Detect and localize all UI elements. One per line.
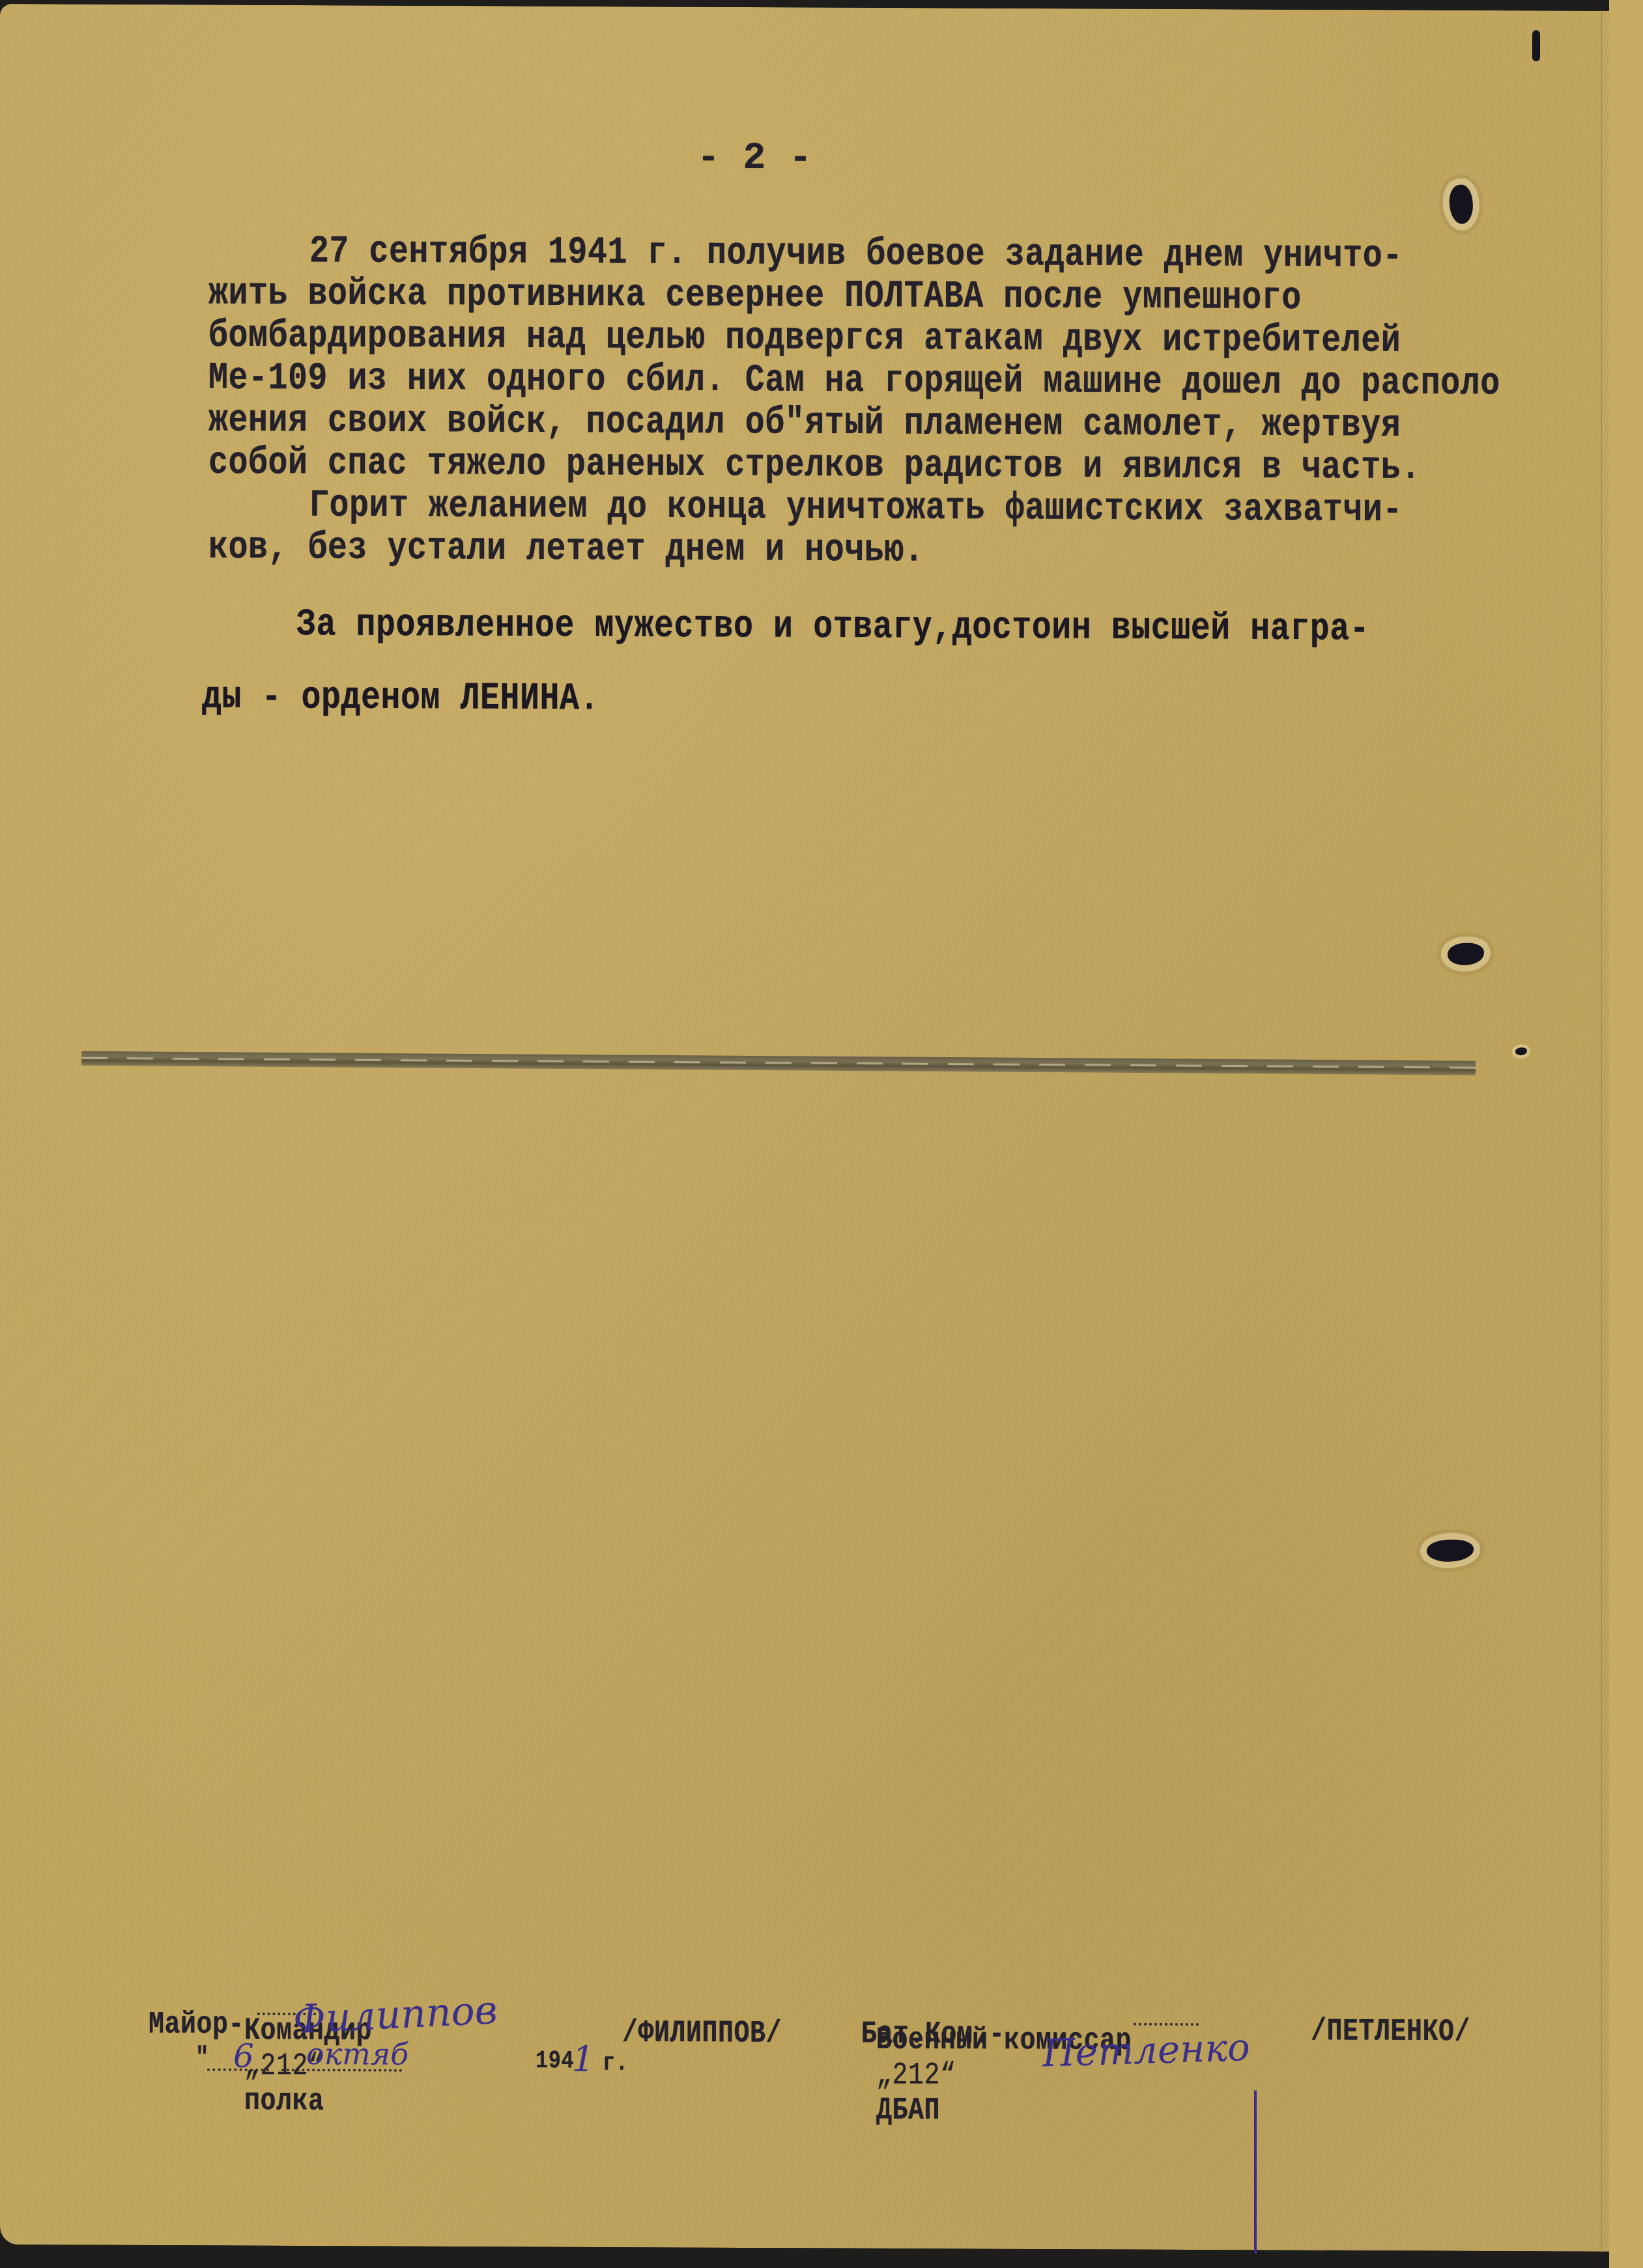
unit-number-underline <box>1134 2023 1199 2026</box>
punch-hole-top <box>1447 184 1476 225</box>
commissar-signature-block: Военный комиссар „212“ ДБАП Бат.Ком.- Пе… <box>0 4 1634 11</box>
commander-title-suffix: полка <box>244 2084 324 2120</box>
commander-rank: Майор- <box>149 2007 244 2043</box>
text-line: собой спас тяжело раненых стрелков радис… <box>208 441 1421 490</box>
page-edge-strip <box>1609 0 1643 2268</box>
horizontal-rule <box>81 1051 1476 1075</box>
text-line: ков, без устали летает днем и ночью. <box>208 526 924 573</box>
punch-hole-bottom <box>1427 1540 1474 1562</box>
text-line: жить войска противника севернее ПОЛТАВА … <box>208 272 1302 320</box>
text-line: Горит желанием до конца уничтожать фашис… <box>309 484 1403 533</box>
award-recommendation-line: За проявленное мужество и отвагу,достоин… <box>296 603 1369 651</box>
commissar-handwritten-signature: Петленко <box>1042 2025 1251 2076</box>
text-line: бомбардирования над целью подвергся атак… <box>208 314 1401 363</box>
date-day-handwritten: 6 <box>233 2037 254 2075</box>
unit-number: „212“ <box>876 2058 956 2094</box>
document-page: - 2 - 27 сентября 1941 г. получив боевое… <box>0 4 1634 2252</box>
commander-name: /ФИЛИППОВ/ <box>622 2016 782 2052</box>
text-line: жения своих войск, посадил об"ятый пламе… <box>208 399 1401 447</box>
date-suffix: г. <box>603 2048 628 2078</box>
award-recommendation-line: ды - орденом ЛЕНИНА. <box>202 675 599 721</box>
commissar-name: /ПЕТЛЕНКО/ <box>1311 2015 1470 2050</box>
commander-signature-block: Командир „212“ полка Майор- Филиппов /ФИ… <box>0 4 1634 11</box>
ink-mark-top-right <box>1532 30 1540 61</box>
date-year-handwritten: 1 <box>572 2039 594 2080</box>
punch-hole-small <box>1515 1047 1527 1055</box>
punch-hole-middle <box>1448 943 1484 965</box>
signature-tail-stroke <box>1254 2090 1257 2253</box>
page-number: - 2 - <box>697 137 812 180</box>
commander-handwritten-signature: Филиппов <box>292 1987 498 2043</box>
date-year-printed: 194 <box>536 2047 574 2076</box>
text-line: 27 сентября 1941 г. получив боевое задан… <box>309 230 1403 279</box>
page-fold-line <box>1600 11 1603 2252</box>
commissar-rank: Бат.Ком.- <box>861 2017 1005 2053</box>
date-month-handwritten: октяб <box>306 2036 408 2072</box>
unit-name: ДБАП <box>876 2093 940 2129</box>
text-line: Ме-109 из них одного сбил. Сам на горяще… <box>208 356 1500 406</box>
